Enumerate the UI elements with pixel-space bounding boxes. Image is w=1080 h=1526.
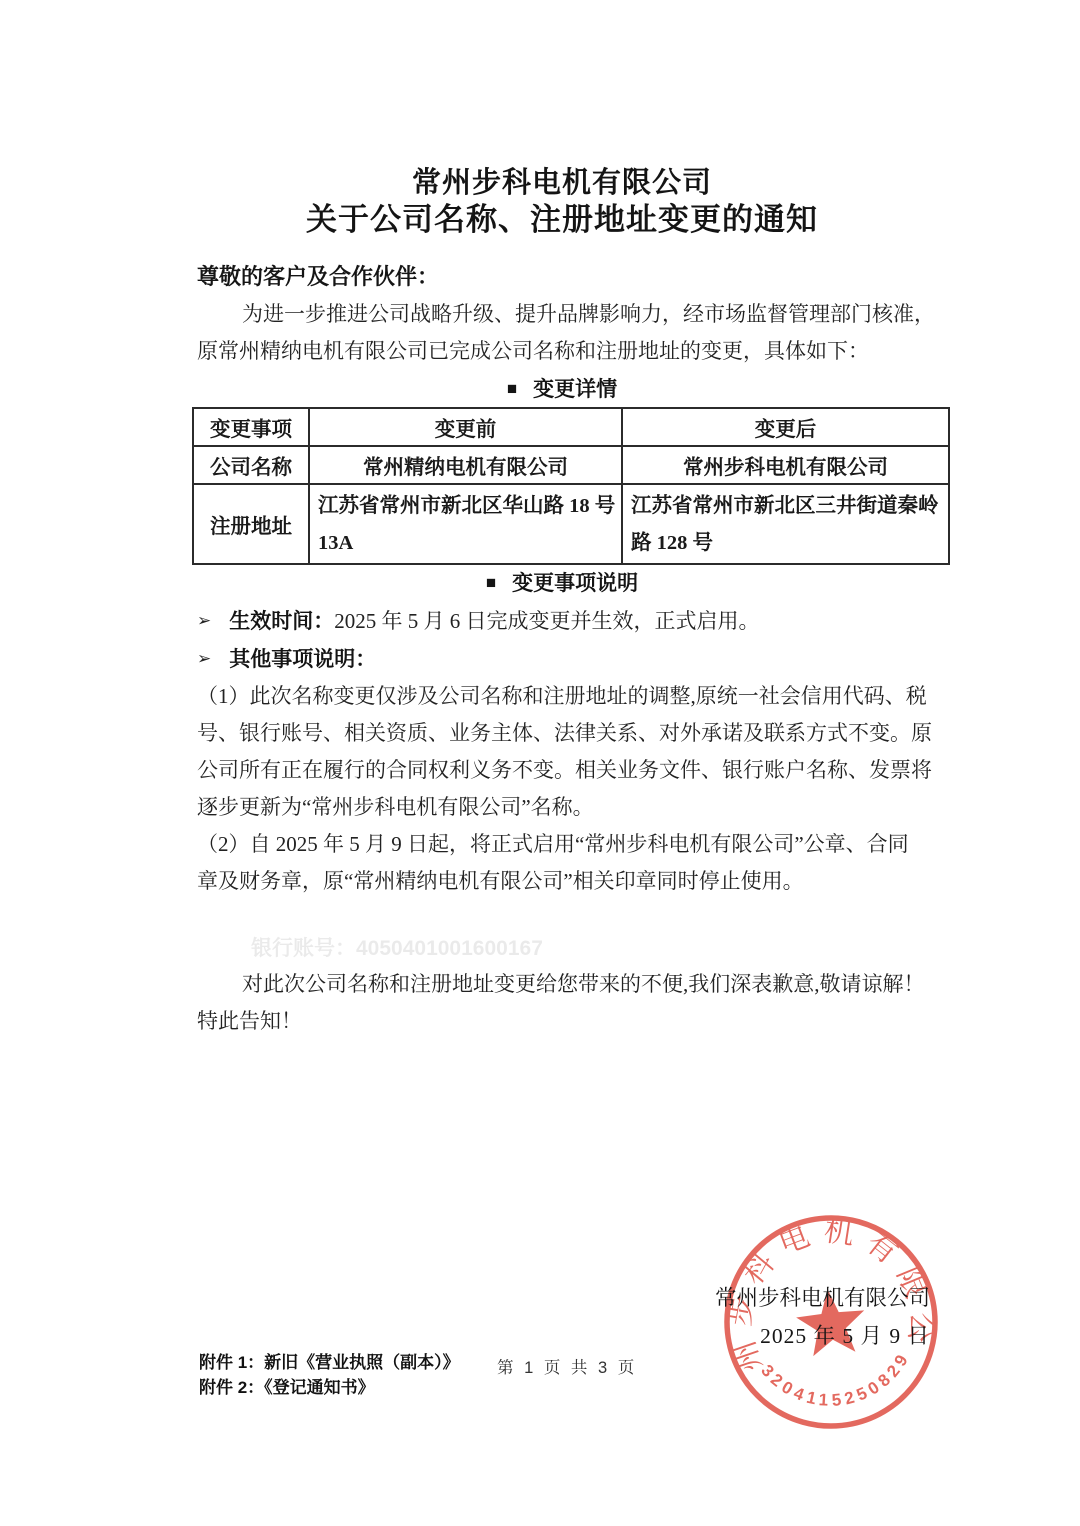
col-header-after: 变更后 [622, 408, 949, 446]
closing-line-1: 对此次公司名称和注册地址变更给您带来的不便,我们深表歉意,敬请谅解！ [197, 969, 953, 999]
document-title-company: 常州步科电机有限公司 [197, 166, 927, 200]
note1-line-1: （1）此次名称变更仅涉及公司名称和注册地址的调整,原统一社会信用代码、税 [197, 681, 953, 711]
square-bullet-icon: ■ [507, 379, 517, 398]
scanned-notice-page: 常州步科电机有限公司 关于公司名称、注册地址变更的通知 尊敬的客户及合作伙伴： … [0, 0, 1080, 1526]
other-notes-item: ➢其他事项说明： [197, 644, 376, 676]
effective-date-item: ➢生效时间：2025 年 5 月 6 日完成变更并生效，正式启用。 [197, 606, 760, 638]
table-row-company-name: 公司名称 常州精纳电机有限公司 常州步科电机有限公司 [193, 446, 949, 484]
change-details-table: 变更事项 变更前 变更后 公司名称 常州精纳电机有限公司 常州步科电机有限公司 … [192, 407, 950, 565]
closing-line-2: 特此告知！ [197, 1006, 953, 1036]
note2-line-1: （2）自 2025 年 5 月 9 日起，将正式启用“常州步科电机有限公司”公章… [197, 829, 953, 859]
effective-date-label: 生效时间： [229, 609, 334, 633]
address-after-line-2: 路 128 号 [623, 525, 948, 562]
intro-line-1: 为进一步推进公司战略升级、提升品牌影响力，经市场监督管理部门核准， [197, 299, 953, 329]
section-header-change-details: ■变更详情 [197, 377, 927, 404]
greeting-line: 尊敬的客户及合作伙伴： [197, 262, 439, 292]
note1-line-2: 号、银行账号、相关资质、业务主体、法律关系、对外承诺及联系方式不变。原 [197, 718, 953, 748]
cell-item-company-name: 公司名称 [193, 446, 309, 484]
cell-after-company-name: 常州步科电机有限公司 [622, 446, 949, 484]
attachment-2: 附件 2：《登记通知书》 [199, 1377, 375, 1399]
faded-bank-account-ghost-text: 银行账号：4050401001600167 [251, 932, 543, 962]
arrow-bullet-icon: ➢ [197, 611, 211, 630]
page-number: 第 1 页 共 3 页 [497, 1354, 637, 1378]
table-row-registered-address: 注册地址 江苏省常州市新北区华山路 18 号 13A 江苏省常州市新北区三井街道… [193, 484, 949, 564]
cell-item-registered-address: 注册地址 [193, 484, 309, 564]
intro-line-2: 原常州精纳电机有限公司已完成公司名称和注册地址的变更，具体如下： [197, 336, 953, 366]
attachment-1: 附件 1：新旧《营业执照（副本）》 [199, 1352, 460, 1374]
cell-before-registered-address: 江苏省常州市新北区华山路 18 号 13A [309, 484, 622, 564]
document-title-subject: 关于公司名称、注册地址变更的通知 [197, 201, 927, 239]
address-before-line-2: 13A [310, 525, 621, 562]
square-bullet-icon: ■ [486, 573, 496, 592]
signature-date: 2025 年 5 月 9 日 [197, 1321, 930, 1351]
other-notes-label: 其他事项说明： [229, 647, 376, 671]
section-title-change-notes: 变更事项说明 [512, 572, 638, 595]
note1-line-3: 公司所有正在履行的合同权利义务不变。相关业务文件、银行账户名称、发票将 [197, 755, 953, 785]
section-header-change-notes: ■变更事项说明 [197, 571, 927, 598]
arrow-bullet-icon: ➢ [197, 649, 211, 668]
address-before-line-1: 江苏省常州市新北区华山路 18 号 [310, 488, 621, 525]
effective-date-text: 2025 年 5 月 6 日完成变更并生效，正式启用。 [334, 609, 759, 633]
note2-line-2: 章及财务章，原“常州精纳电机有限公司”相关印章同时停止使用。 [197, 866, 953, 896]
cell-after-registered-address: 江苏省常州市新北区三井街道秦岭 路 128 号 [622, 484, 949, 564]
section-title-change-details: 变更详情 [533, 378, 617, 401]
signature-company-name: 常州步科电机有限公司 [197, 1283, 930, 1313]
cell-before-company-name: 常州精纳电机有限公司 [309, 446, 622, 484]
address-after-line-1: 江苏省常州市新北区三井街道秦岭 [623, 488, 948, 525]
col-header-item: 变更事项 [193, 408, 309, 446]
table-header-row: 变更事项 变更前 变更后 [193, 408, 949, 446]
col-header-before: 变更前 [309, 408, 622, 446]
note1-line-4: 逐步更新为“常州步科电机有限公司”名称。 [197, 792, 953, 822]
